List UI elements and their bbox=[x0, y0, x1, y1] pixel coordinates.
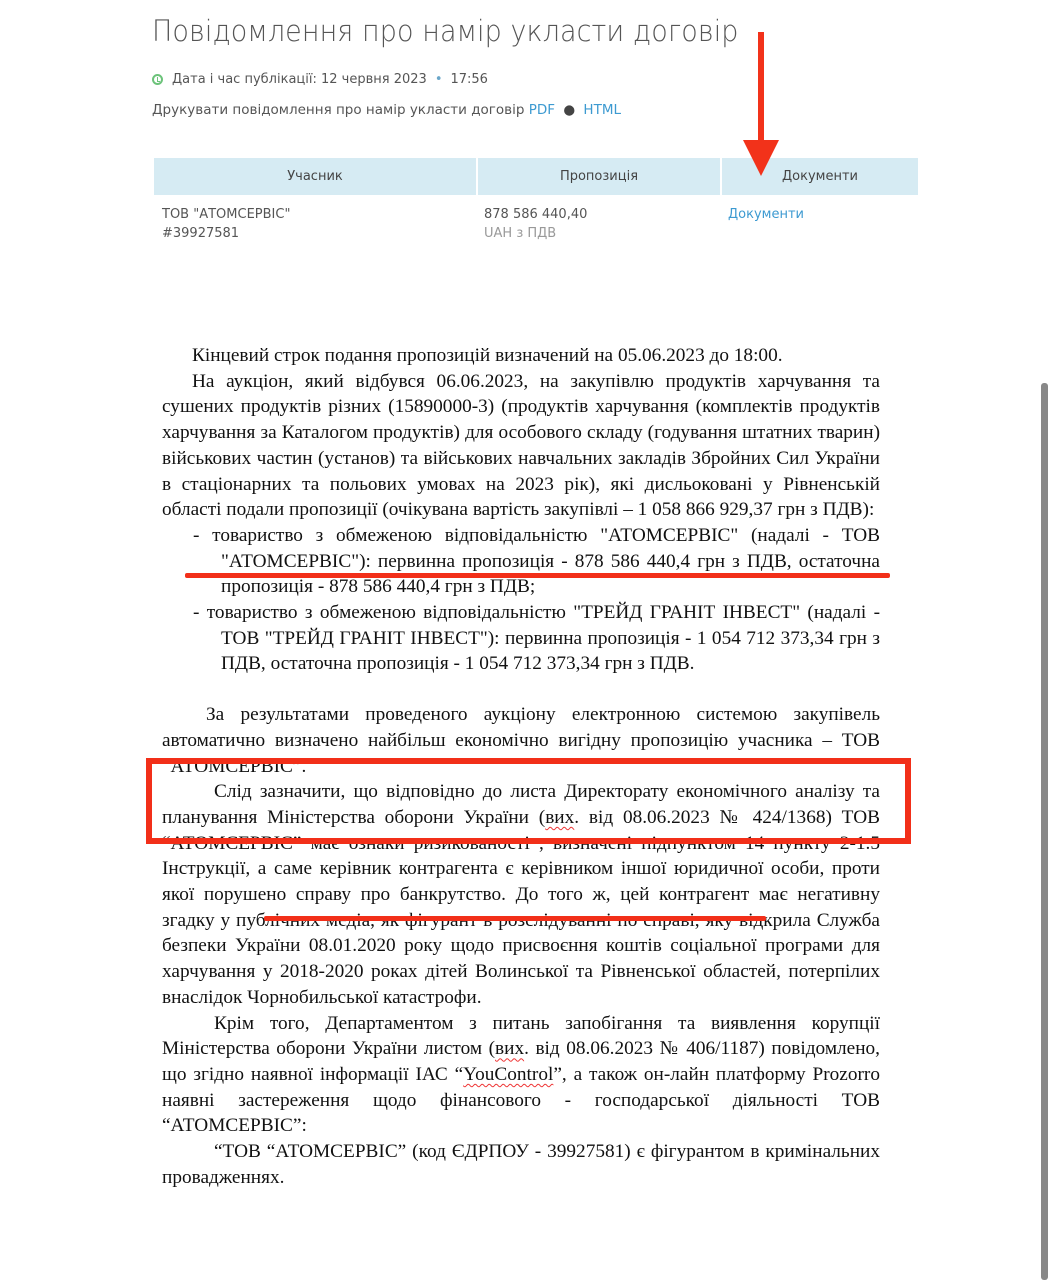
print-row: Друкувати повідомлення про намір укласти… bbox=[152, 102, 621, 118]
annotation-underline-atomservis bbox=[185, 573, 890, 578]
spellcheck-word: вих bbox=[495, 1038, 524, 1059]
bidder-item-treid-granit: - товариство з обмеженою відповідальніст… bbox=[162, 600, 880, 677]
print-label: Друкувати повідомлення про намір укласти… bbox=[152, 102, 524, 118]
offer-cell: 878 586 440,40 UAH з ПДВ bbox=[478, 195, 720, 244]
column-header-participant: Учасник bbox=[154, 158, 476, 195]
column-header-offer: Пропозиція bbox=[478, 158, 720, 195]
page-title: Повідомлення про намір укласти договір bbox=[152, 14, 739, 48]
table-row: ТОВ "АТОМСЕРВІС" #39927581 878 586 440,4… bbox=[154, 195, 918, 244]
criminal-proceedings-paragraph: “ТОВ “АТОМСЕРВІС” (код ЄДРПОУ - 39927581… bbox=[162, 1139, 880, 1190]
bullet-separator: • bbox=[435, 72, 443, 87]
publication-date: Дата і час публікації: 12 червня 2023 bbox=[172, 72, 427, 87]
spellcheck-word-youcontrol: YouControl bbox=[463, 1064, 553, 1085]
print-pdf-link[interactable]: PDF bbox=[529, 102, 555, 118]
documents-cell: Документи bbox=[722, 195, 918, 244]
corruption-paragraph: Крім того, Департаментом з питань запобі… bbox=[162, 1011, 880, 1140]
participant-cell: ТОВ "АТОМСЕРВІС" #39927581 bbox=[154, 195, 476, 244]
annotation-arrow-shaft bbox=[758, 32, 764, 142]
bidder-item-atomservis: - товариство з обмеженою відповідальніст… bbox=[162, 523, 880, 600]
annotation-highlight-box bbox=[146, 758, 911, 844]
scrollbar[interactable] bbox=[1041, 383, 1048, 1280]
annotation-arrow-head-icon bbox=[743, 140, 779, 176]
clock-icon bbox=[152, 74, 163, 85]
publication-time: 17:56 bbox=[450, 72, 487, 87]
participant-name: ТОВ "АТОМСЕРВІС" bbox=[162, 205, 475, 224]
offer-currency: UAH з ПДВ bbox=[484, 224, 719, 243]
auction-paragraph: На аукціон, який відбувся 06.06.2023, на… bbox=[162, 369, 880, 523]
documents-link[interactable]: Документи bbox=[728, 207, 804, 222]
procurement-web-page: Повідомлення про намір укласти договір Д… bbox=[0, 0, 1055, 260]
participant-id: #39927581 bbox=[162, 224, 475, 243]
deadline-paragraph: Кінцевий строк подання пропозицій визнач… bbox=[162, 343, 880, 369]
offer-amount: 878 586 440,40 bbox=[484, 205, 719, 224]
bids-table: Учасник Пропозиція Документи ТОВ "АТОМСЕ… bbox=[152, 158, 920, 244]
publication-meta: Дата і час публікації: 12 червня 2023 • … bbox=[152, 72, 488, 87]
bullet-separator: ● bbox=[563, 102, 575, 118]
print-html-link[interactable]: HTML bbox=[583, 102, 621, 118]
annotation-underline-risk bbox=[264, 916, 766, 921]
